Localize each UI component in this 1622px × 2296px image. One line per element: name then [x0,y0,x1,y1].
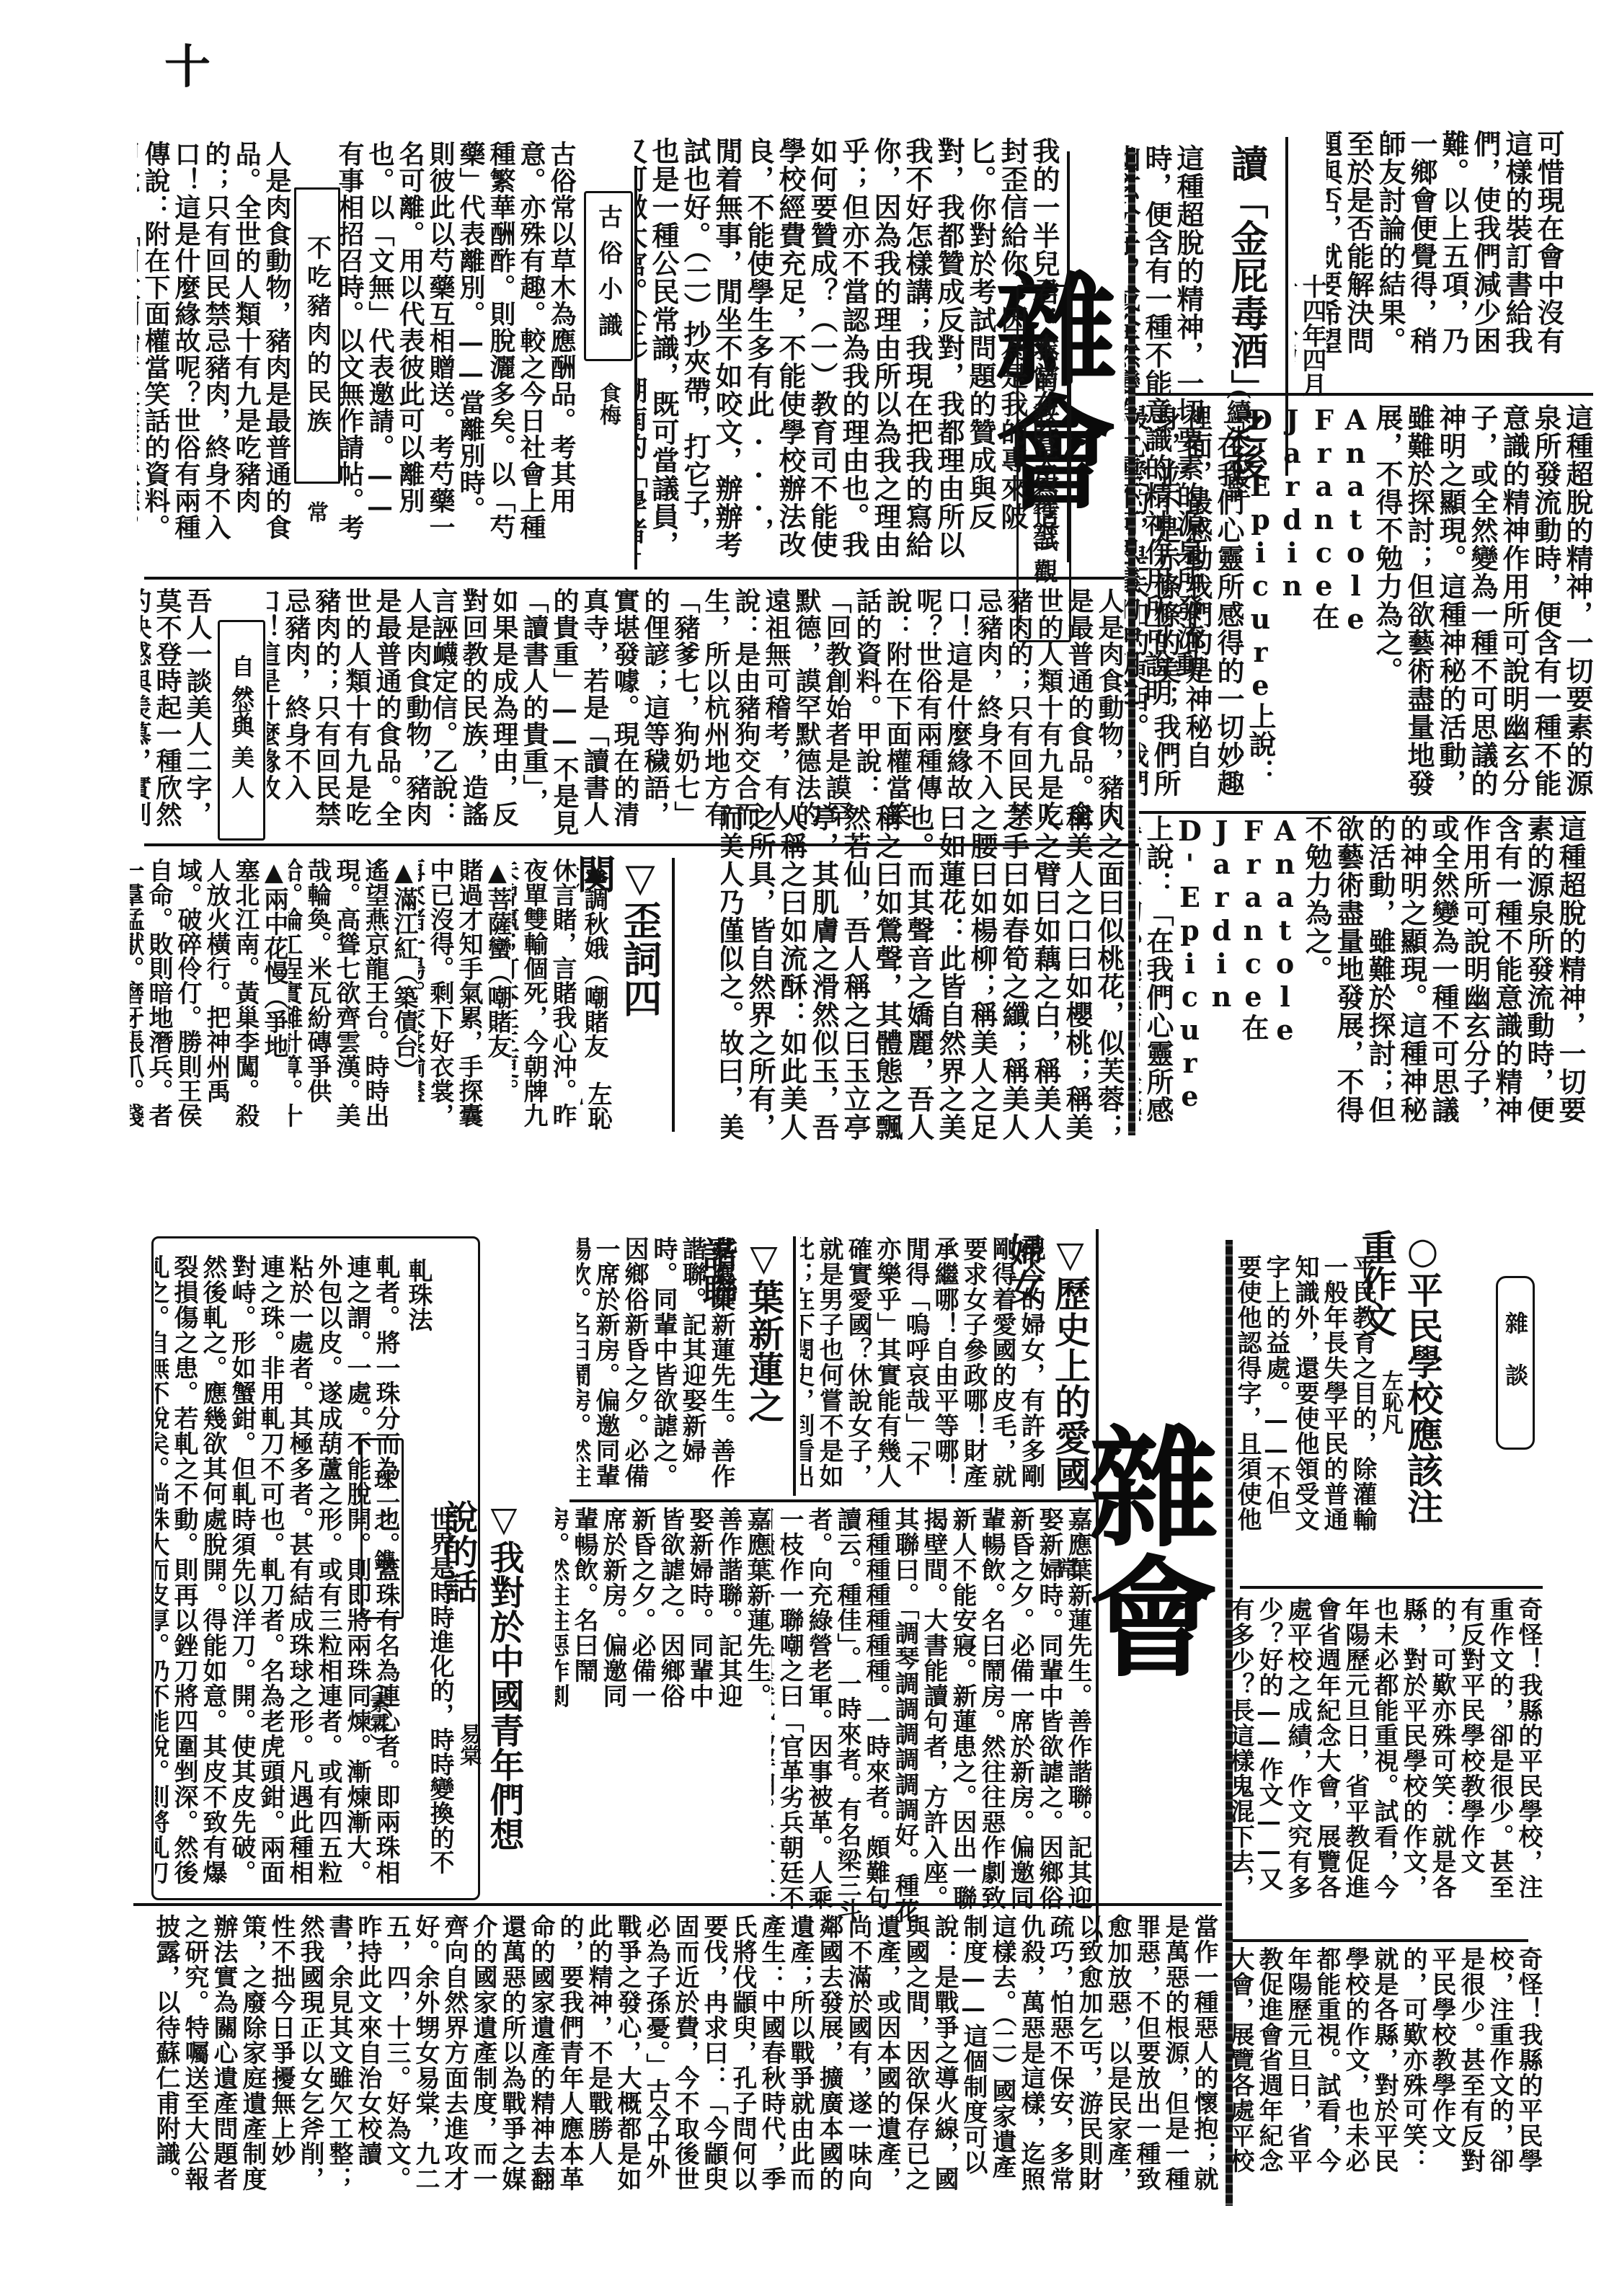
history-title: ▽歷史上的愛國婦女 [1045,1233,1093,1521]
masthead-zahui-bottom: 雜會 [1121,1420,1226,1824]
article-body-jinpi-b: 這種超脫的精神，一切要素的源泉所發流動時，便含有一種不能意識的精神作用所可說明幽… [1139,404,1593,807]
history-body: 現今的婦女，有許多剛剛得着愛國的皮毛，就要求女子參政哪！財產承繼哪！自由平等哪！… [800,1236,1045,1496]
ye-title: ▽葉新蓮之諧聯 [739,1236,786,1438]
pork-body-b: 人是肉食動物，豬肉是最普通的食品。全世的人類十有九是吃豬肉的；只有回民禁忌豬肉，… [433,588,1125,840]
thick-column-divider [1226,1240,1233,2206]
nature-body-b: 人是肉食動物，豬肉是最普通的食品。全世的人類十有九是吃豬肉的；只有回民禁忌豬肉，… [267,588,433,840]
exam-article-body: 我的一半兒君：本當在昨天寫這一封歪信給你，因為是我的專來陂匕。你對於考試問題的贊… [634,137,1060,562]
poem-4-title: ▲兩中花慢（爭地盤） [260,858,288,1074]
ye-body-c: 嘉應葉新蓮先生。善作諧聯。記其迎娶新婦時。同輩中皆欲謔之。因鄉俗新昏之夕。必備一… [555,1507,771,1723]
box-title-pork-text: 不吃豬肉的民族 [300,235,335,437]
column-divider [793,1236,796,1496]
column-divider [672,858,675,1132]
poem-1-title: ▲調秋娥（嘲賭友一） [577,858,608,1074]
box-title-zatan: 雜談 [1496,1276,1535,1450]
poem-3-title: ▲滿江紅（築債台） [389,858,418,1074]
pork-body-a: 人是肉食動物，豬肉是最普通的食品。全世的人類十有九是吃豬肉的；只有回民禁忌豬肉，… [137,141,292,559]
youth-title: ▽我對於中國青年們想說的話 [479,1499,527,1881]
thick-column-divider [1128,148,1135,1135]
jinpi-body-c: 這種超脫的精神，一切要素的源泉所發流動時，便含有一種不能意識的精神作用所可說明幽… [1139,815,1586,1132]
zhu-subtitle: 軋珠法 [404,1258,433,1373]
poem-2-body: 賭過才知手氣累，手探囊中已沒得。剩下好衣裳，再來賭一場。衣裳輸盡了，賭友也散了；… [418,858,483,1132]
pingmin-body-b: 奇怪！我縣的平民學校，注重作文的，卻是很少。甚至有反對平民學校教學作文的，可歎亦… [1226,1597,1543,1900]
box-title-pork: 不吃豬肉的民族 [294,187,340,484]
column-divider [1067,151,1070,562]
section-divider [144,577,1125,580]
section-divider [1226,1939,1528,1942]
column-divider [634,166,637,569]
page-number-mark: 十 [164,30,210,97]
section-divider [1240,1586,1543,1589]
pingmin-body-a: 平民教育之目的，除灌輸一般年長失學平民的普通知識外，還要使他領受文字上的益處。—… [1226,1254,1377,1535]
date-line: 十四年四月一日於留 [1295,274,1326,418]
ye-body-a: 嘉應葉新蓮先生。善作諧聯。記其迎娶新婦時。同輩中皆欲謔之。因鄉俗新昏之夕。必備一… [577,1236,735,1496]
poem-3-body: 遙望燕京龍王台。時時出現。高聳七欲齊雲漢。美哉輪奐。米瓦紛磚爭供給。論工程實難計… [288,858,389,1132]
nature-body-a: 吾人一談美人二字，莫不登時起一種欣然的快感與羨慕，實則美人之美，不及自然界之美多… [141,588,213,840]
nature-author: 一戈 [223,685,255,743]
zhu-body: 軋者。將一珠分而為二也。蓋珠有名為連心者。即兩珠相連之謂。一處。不能脫開。則即將… [155,1254,400,1889]
pingmin-body-c: 奇怪！我縣的平民學校，注重作文的，卻是很少。甚至有反對平民學校教學作文的，可歎亦… [1226,1946,1543,2191]
gusu-author: 食梅 [588,382,624,454]
beauty-body: 人之面曰似桃花，似芙蓉；稱美人之口曰如櫻桃；稱美人之臂曰如藕之白，稱美人之手曰如… [721,804,1125,1150]
poem-1-body: 休言賭，言賭我心沖。昨夜單雙輸個死，今朝牌九未曾贏；打本在三更。 [512,858,577,1132]
pingmin-author: 左恥凡 [1377,1370,1406,1463]
section-divider [133,1903,1222,1906]
column-divider [1096,1229,1099,1943]
bottom-strip-body: 當作一種惡人的懷抱；就是萬惡的根源，但是一種罪惡，不但要放出一種致愈加放惡，以是… [130,1914,1218,2195]
box-title-zatan-text: 雜談 [1499,1311,1532,1415]
continuation-text: 可惜現在會中沒有這樣的裝訂書給我們，使我們減少困難。以上五項，乃一鄉會便覺得，稍… [1326,130,1564,368]
box-title-gusu: 古俗小識 [584,191,633,361]
box-title-gusu-text: 古俗小識 [591,204,626,348]
gusu-body: 古俗常以草木為應酬品。考其用意。亦殊有趣。較之今日社會上種種繁華酬酢。則脫灑多矣… [339,141,577,544]
ye-body-b: 嘉應葉新蓮先生。善作諧聯。記其迎娶新婦時。同輩中皆欲謔之。因鄉俗新昏之夕。必備一… [771,1507,1092,1925]
poem-4-body: 塞北江南。黃巢李闖。殺人放火橫行。把神州禹域。破碎伶仃。勝則王侯自命。敗則暗地潛… [130,858,260,1132]
section-divider [570,1499,1096,1502]
poem-2-title: ▲菩薩蠻（嘲賭友二） [483,858,512,1074]
ci-section-title: ▽歪詞四闋 [613,854,663,1020]
poem-1-author: 左恥凡 [580,1081,612,1146]
section-divider [1132,393,1593,396]
triangle-marker-icon: ▽ [617,854,663,900]
section-divider [1139,811,1586,814]
pork-author: 常 [299,501,331,544]
